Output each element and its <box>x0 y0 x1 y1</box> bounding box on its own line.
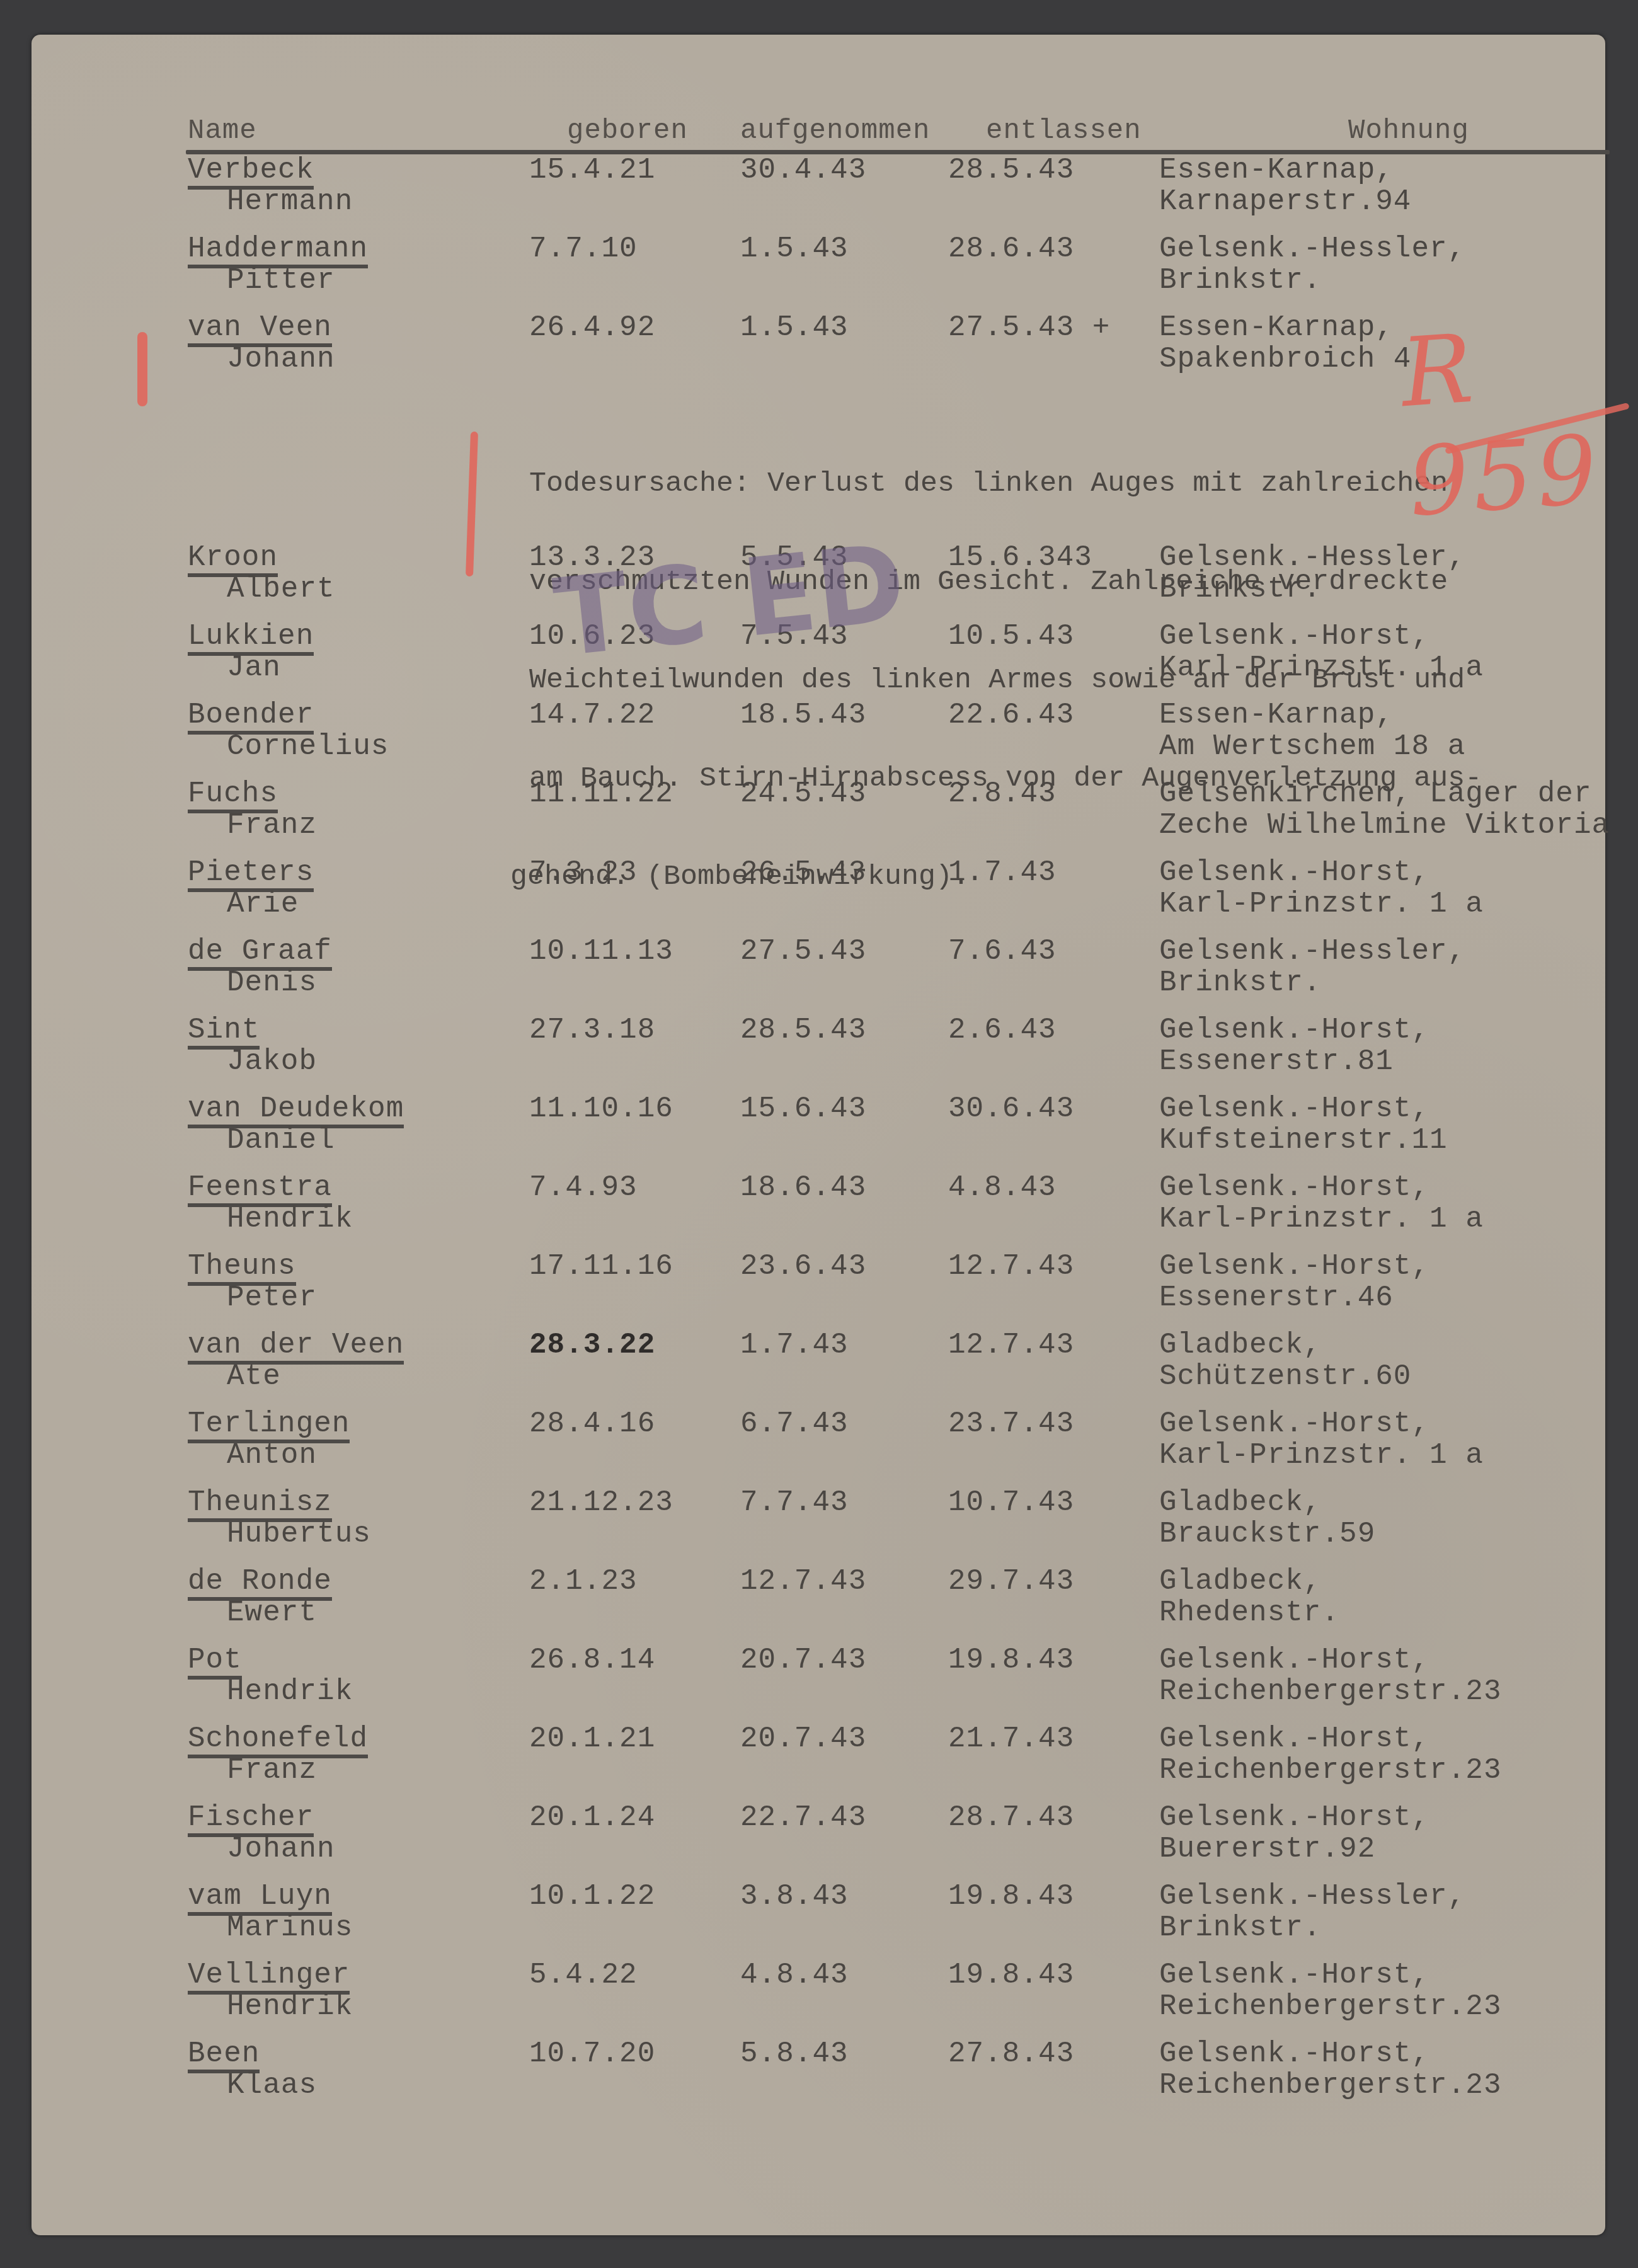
surname: Verbeck <box>188 154 314 190</box>
admission-date: 4.8.43 <box>740 1959 849 1991</box>
given-name: Franz <box>227 1755 317 1786</box>
residence-line-2: Reichenbergerstr.23 <box>1159 1991 1502 2022</box>
surname: van Veen <box>188 312 332 347</box>
entry-row: HaddermannPitter7.7.101.5.4328.6.43Gelse… <box>31 233 1605 302</box>
discharge-date: 28.5.43 <box>948 154 1074 186</box>
surname: Boender <box>188 699 314 735</box>
birth-date: 10.7.20 <box>529 2038 655 2070</box>
discharge-date: 21.7.43 <box>948 1723 1074 1755</box>
cause-line: Todesursache: Verlust des linken Auges m… <box>529 467 1482 500</box>
surname: vam Luyn <box>188 1881 332 1916</box>
header-residence: Wohnung <box>1348 115 1469 147</box>
discharge-date: 30.6.43 <box>948 1093 1074 1125</box>
residence-line-2: Essenerstr.46 <box>1159 1282 1394 1314</box>
entry-row: BeenKlaas10.7.205.8.4327.8.43Gelsenk.-Ho… <box>31 2038 1605 2107</box>
discharge-date: 4.8.43 <box>948 1172 1057 1203</box>
given-name: Denis <box>227 967 317 999</box>
residence-line-2: Reichenbergerstr.23 <box>1159 2070 1502 2101</box>
residence-line-2: Spakenbroich 4 <box>1159 343 1411 375</box>
surname: Schonefeld <box>188 1723 368 1758</box>
given-name: Franz <box>227 810 317 841</box>
birth-date: 10.1.22 <box>529 1881 655 1912</box>
given-name: Ewert <box>227 1597 317 1629</box>
residence-line-1: Gelsenk.-Horst, <box>1159 1093 1429 1125</box>
birth-date: 20.1.24 <box>529 1802 655 1833</box>
discharge-date: 10.7.43 <box>948 1487 1074 1518</box>
residence-line-1: Essen-Karnap, <box>1159 154 1394 186</box>
header-discharged: entlassen <box>986 115 1142 147</box>
surname: Terlingen <box>188 1408 350 1443</box>
entry-row: VellingerHendrik5.4.224.8.4319.8.43Gelse… <box>31 1959 1605 2029</box>
discharge-date: 29.7.43 <box>948 1566 1074 1597</box>
birth-date: 17.11.16 <box>529 1251 673 1282</box>
entry-row: TheuniszHubertus21.12.237.7.4310.7.43Gla… <box>31 1487 1605 1556</box>
birth-date: 2.1.23 <box>529 1566 638 1597</box>
given-name: Hendrik <box>227 1991 353 2022</box>
given-name: Johann <box>227 343 335 375</box>
surname: Feenstra <box>188 1172 332 1207</box>
residence-line-2: Reichenbergerstr.23 <box>1159 1676 1502 1707</box>
discharge-date: 19.8.43 <box>948 1644 1074 1676</box>
given-name: Albert <box>227 573 335 605</box>
residence-line-1: Gelsenk.-Hessler, <box>1159 1881 1465 1912</box>
residence-line-1: Gelsenk.-Hessler, <box>1159 233 1465 265</box>
entry-row: van VeenJohann26.4.921.5.4327.5.43 +Esse… <box>31 312 1605 381</box>
discharge-date: 28.7.43 <box>948 1802 1074 1833</box>
birth-date: 27.3.18 <box>529 1014 655 1046</box>
admission-date: 30.4.43 <box>740 154 866 186</box>
surname: Kroon <box>188 542 278 577</box>
given-name: Hermann <box>227 186 353 217</box>
given-name: Jan <box>227 652 281 684</box>
surname: Fuchs <box>188 778 278 813</box>
entry-row: SintJakob27.3.1828.5.432.6.43Gelsenk.-Ho… <box>31 1014 1605 1084</box>
birth-date: 28.4.16 <box>529 1408 655 1440</box>
residence-line-2: Karl-Prinzstr. 1 a <box>1159 1203 1484 1235</box>
birth-date: 21.12.23 <box>529 1487 673 1518</box>
residence-line-2: Reichenbergerstr.23 <box>1159 1755 1502 1786</box>
admission-date: 20.7.43 <box>740 1644 866 1676</box>
header-name: Name <box>188 115 257 147</box>
given-name: Marinus <box>227 1912 353 1944</box>
discharge-date: 12.7.43 <box>948 1329 1074 1361</box>
residence-line-1: Gelsenk.-Horst, <box>1159 1802 1429 1833</box>
admission-date: 22.7.43 <box>740 1802 866 1833</box>
residence-line-1: Gladbeck, <box>1159 1566 1321 1597</box>
residence-line-1: Gelsenk.-Horst, <box>1159 1723 1429 1755</box>
given-name: Hubertus <box>227 1518 371 1550</box>
residence-line-2: Karl-Prinzstr. 1 a <box>1159 1440 1484 1471</box>
surname: de Graaf <box>188 936 332 971</box>
given-name: Arie <box>227 888 299 920</box>
admission-date: 15.6.43 <box>740 1093 866 1125</box>
birth-date: 5.4.22 <box>529 1959 638 1991</box>
discharge-date: 28.6.43 <box>948 233 1074 265</box>
birth-date: 26.8.14 <box>529 1644 655 1676</box>
entry-row: TheunsPeter17.11.1623.6.4312.7.43Gelsenk… <box>31 1251 1605 1320</box>
surname: Haddermann <box>188 233 368 268</box>
residence-line-2: Brauckstr.59 <box>1159 1518 1375 1550</box>
surname: Lukkien <box>188 621 314 656</box>
header-admitted: aufgenommen <box>740 115 930 147</box>
residence-line-1: Gelsenk.-Horst, <box>1159 1014 1429 1046</box>
red-margin-mark <box>137 332 147 406</box>
birth-date: 26.4.92 <box>529 312 655 343</box>
admission-date: 1.5.43 <box>740 312 849 343</box>
residence-line-2: Buererstr.92 <box>1159 1833 1375 1865</box>
given-name: Hendrik <box>227 1676 353 1707</box>
surname: Pieters <box>188 857 314 892</box>
residence-line-2: Essenerstr.81 <box>1159 1046 1394 1077</box>
surname: Been <box>188 2038 260 2073</box>
residence-line-1: Gladbeck, <box>1159 1329 1321 1361</box>
given-name: Pitter <box>227 265 335 296</box>
given-name: Klaas <box>227 2070 317 2101</box>
given-name: Anton <box>227 1440 317 1471</box>
admission-date: 23.6.43 <box>740 1251 866 1282</box>
entry-row: van DeudekomDaniel11.10.1615.6.4330.6.43… <box>31 1093 1605 1162</box>
surname: Vellinger <box>188 1959 350 1995</box>
admission-date: 6.7.43 <box>740 1408 849 1440</box>
admission-date: 18.6.43 <box>740 1172 866 1203</box>
red-pencil-annotation: R 959 <box>1397 305 1613 537</box>
birth-date: 28.3.22 <box>529 1329 655 1361</box>
admission-date: 3.8.43 <box>740 1881 849 1912</box>
discharge-date: 23.7.43 <box>948 1408 1074 1440</box>
cause-line: gehend. (Bombeneinwirkung). <box>510 861 1482 893</box>
residence-line-2: Kufsteinerstr.11 <box>1159 1125 1448 1156</box>
given-name: Johann <box>227 1833 335 1865</box>
cause-of-death: Todesursache: Verlust des linken Auges m… <box>529 402 1482 959</box>
admission-date: 12.7.43 <box>740 1566 866 1597</box>
entry-row: VerbeckHermann15.4.2130.4.4328.5.43Essen… <box>31 154 1605 224</box>
admission-date: 20.7.43 <box>740 1723 866 1755</box>
surname: de Ronde <box>188 1566 332 1601</box>
birth-date: 7.7.10 <box>529 233 638 265</box>
residence-line-2: Brinkstr. <box>1159 1912 1321 1944</box>
discharge-date: 12.7.43 <box>948 1251 1074 1282</box>
admission-date: 1.7.43 <box>740 1329 849 1361</box>
entry-row: SchonefeldFranz20.1.2120.7.4321.7.43Gels… <box>31 1723 1605 1792</box>
residence-line-1: Gelsenk.-Horst, <box>1159 1644 1429 1676</box>
residence-line-1: Gelsenk.-Horst, <box>1159 2038 1429 2070</box>
discharge-date: 2.6.43 <box>948 1014 1057 1046</box>
surname: Theuns <box>188 1251 296 1286</box>
entry-row: FischerJohann20.1.2422.7.4328.7.43Gelsen… <box>31 1802 1605 1871</box>
admission-date: 28.5.43 <box>740 1014 866 1046</box>
entry-row: de RondeEwert2.1.2312.7.4329.7.43Gladbec… <box>31 1566 1605 1635</box>
birth-date: 7.4.93 <box>529 1172 638 1203</box>
cause-line: am Bauch. Stirn-Hirnabscess von der Auge… <box>529 762 1482 795</box>
given-name: Peter <box>227 1282 317 1314</box>
surname: Pot <box>188 1644 242 1680</box>
discharge-date: 27.5.43 + <box>948 312 1110 343</box>
birth-date: 20.1.21 <box>529 1723 655 1755</box>
surname: Sint <box>188 1014 260 1050</box>
surname: Theunisz <box>188 1487 332 1522</box>
given-name: Jakob <box>227 1046 317 1077</box>
entry-row: TerlingenAnton28.4.166.7.4323.7.43Gelsen… <box>31 1408 1605 1477</box>
entry-row: FeenstraHendrik7.4.9318.6.434.8.43Gelsen… <box>31 1172 1605 1241</box>
document-page: Name geboren aufgenommen entlassen Wohnu… <box>31 35 1605 2235</box>
given-name: Hendrik <box>227 1203 353 1235</box>
residence-line-2: Rhedenstr. <box>1159 1597 1339 1629</box>
residence-line-2: Karnaperstr.94 <box>1159 186 1411 217</box>
entry-row: vam LuynMarinus10.1.223.8.4319.8.43Gelse… <box>31 1881 1605 1950</box>
given-name: Daniel <box>227 1125 335 1156</box>
admission-date: 7.7.43 <box>740 1487 849 1518</box>
surname: van Deudekom <box>188 1093 404 1128</box>
residence-line-2: Schützenstr.60 <box>1159 1361 1411 1392</box>
discharge-date: 19.8.43 <box>948 1881 1074 1912</box>
discharge-date: 27.8.43 <box>948 2038 1074 2070</box>
residence-line-2: Brinkstr. <box>1159 967 1321 999</box>
residence-line-1: Gelsenk.-Horst, <box>1159 1251 1429 1282</box>
birth-date: 11.10.16 <box>529 1093 673 1125</box>
header-rule <box>186 150 1610 154</box>
given-name: Ate <box>227 1361 281 1392</box>
birth-date: 15.4.21 <box>529 154 655 186</box>
admission-date: 1.5.43 <box>740 233 849 265</box>
residence-line-1: Gelsenk.-Horst, <box>1159 1408 1429 1440</box>
residence-line-1: Gelsenk.-Horst, <box>1159 1172 1429 1203</box>
residence-line-1: Essen-Karnap, <box>1159 312 1394 343</box>
entry-row: PotHendrik26.8.1420.7.4319.8.43Gelsenk.-… <box>31 1644 1605 1714</box>
admission-date: 5.8.43 <box>740 2038 849 2070</box>
header-born: geboren <box>567 115 688 147</box>
surname: Fischer <box>188 1802 314 1837</box>
discharge-date: 19.8.43 <box>948 1959 1074 1991</box>
residence-line-2: Brinkstr. <box>1159 265 1321 296</box>
given-name: Cornelius <box>227 731 389 762</box>
entry-row: van der VeenAte28.3.221.7.4312.7.43Gladb… <box>31 1329 1605 1399</box>
residence-line-1: Gelsenk.-Horst, <box>1159 1959 1429 1991</box>
residence-line-1: Gladbeck, <box>1159 1487 1321 1518</box>
surname: van der Veen <box>188 1329 404 1365</box>
